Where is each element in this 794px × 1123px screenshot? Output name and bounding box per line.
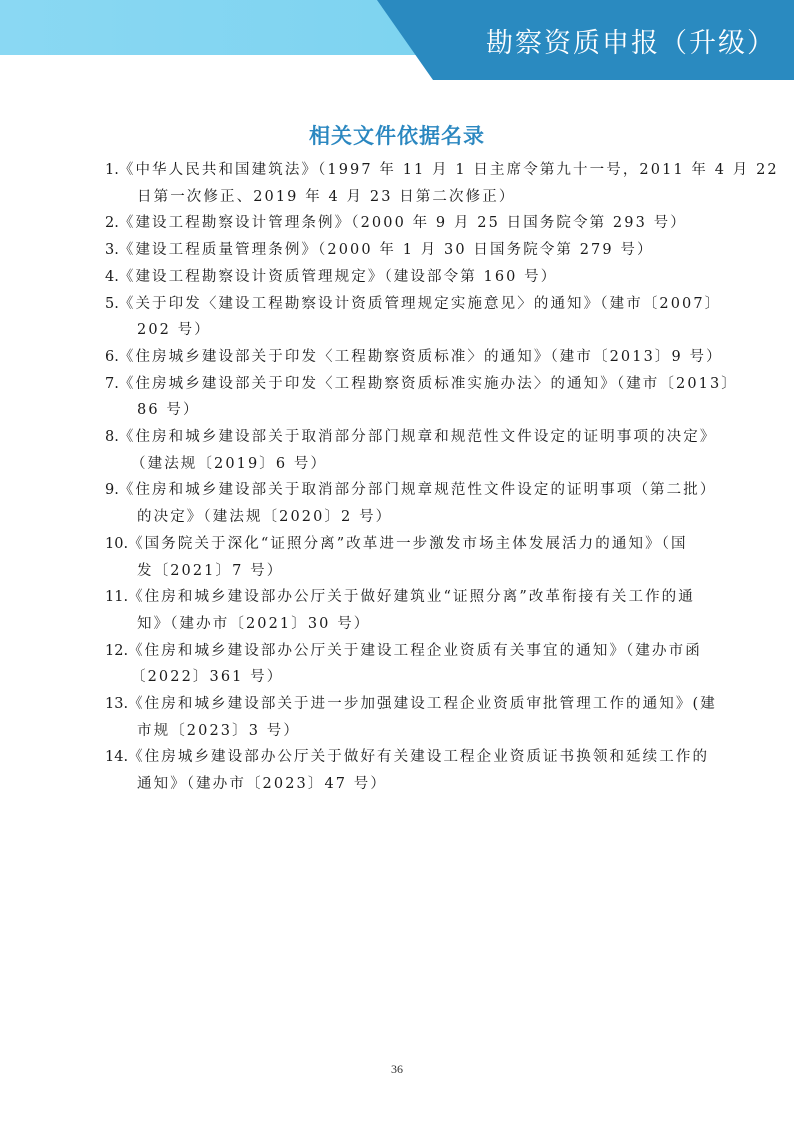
reference-line: 9.《住房和城乡建设部关于取消部分部门规章规范性文件设定的证明事项（第二批） (105, 477, 689, 504)
reference-line: 2.《建设工程勘察设计管理条例》（2000 年 9 月 25 日国务院令第 29… (105, 210, 689, 237)
reference-item: 3.《建设工程质量管理条例》（2000 年 1 月 30 日国务院令第 279 … (105, 237, 689, 264)
reference-text: 《建设工程勘察设计管理条例》（2000 年 9 月 25 日国务院令第 293 … (119, 215, 687, 231)
reference-text: 《住房城乡建设部办公厅关于做好有关建设工程企业资质证书换领和延续工作的 (128, 749, 709, 765)
reference-line: 8.《住房和城乡建设部关于取消部分部门规章和规范性文件设定的证明事项的决定》 (105, 424, 689, 451)
reference-continuation: 〔2022〕361 号） (105, 664, 689, 691)
reference-number: 10. (105, 536, 128, 552)
reference-continuation: 市规〔2023〕3 号） (105, 718, 689, 745)
reference-continuation: 知》（建办市〔2021〕30 号） (105, 611, 689, 638)
reference-item: 4.《建设工程勘察设计资质管理规定》（建设部令第 160 号） (105, 264, 689, 291)
reference-text: 《建设工程质量管理条例》（2000 年 1 月 30 日国务院令第 279 号） (119, 242, 654, 258)
reference-line: 5.《关于印发〈建设工程勘察设计资质管理规定实施意见〉的通知》（建市〔2007〕 (105, 291, 689, 318)
reference-number: 4. (105, 269, 119, 285)
reference-text: 《住房和城乡建设部办公厅关于做好建筑业“证照分离”改革衔接有关工作的通 (128, 589, 695, 605)
reference-item: 14.《住房城乡建设部办公厅关于做好有关建设工程企业资质证书换领和延续工作的 通… (105, 744, 689, 797)
reference-continuation: 86 号） (105, 397, 689, 424)
reference-item: 6.《住房城乡建设部关于印发〈工程勘察资质标准〉的通知》（建市〔2013〕9 号… (105, 344, 689, 371)
reference-line: 14.《住房城乡建设部办公厅关于做好有关建设工程企业资质证书换领和延续工作的 (105, 744, 689, 771)
reference-continuation: 202 号） (105, 317, 689, 344)
reference-text: 《国务院关于深化“证照分离”改革进一步激发市场主体发展活力的通知》（国 (128, 536, 688, 552)
reference-text: 《建设工程勘察设计资质管理规定》（建设部令第 160 号） (119, 269, 558, 285)
reference-line: 13.《住房和城乡建设部关于进一步加强建设工程企业资质审批管理工作的通知》(建 (105, 691, 689, 718)
reference-item: 11.《住房和城乡建设部办公厅关于做好建筑业“证照分离”改革衔接有关工作的通 知… (105, 584, 689, 637)
reference-item: 5.《关于印发〈建设工程勘察设计资质管理规定实施意见〉的通知》（建市〔2007〕… (105, 291, 689, 344)
reference-number: 2. (105, 215, 119, 231)
reference-line: 12.《住房和城乡建设部办公厅关于建设工程企业资质有关事宜的通知》（建办市函 (105, 638, 689, 665)
reference-list: 1.《中华人民共和国建筑法》（1997 年 11 月 1 日主席令第九十一号，2… (105, 157, 689, 798)
reference-continuation: 日第一次修正、2019 年 4 月 23 日第二次修正） (105, 184, 689, 211)
reference-item: 9.《住房和城乡建设部关于取消部分部门规章规范性文件设定的证明事项（第二批） 的… (105, 477, 689, 530)
reference-line: 10.《国务院关于深化“证照分离”改革进一步激发市场主体发展活力的通知》（国 (105, 531, 689, 558)
reference-line: 1.《中华人民共和国建筑法》（1997 年 11 月 1 日主席令第九十一号，2… (105, 157, 689, 184)
reference-number: 3. (105, 242, 119, 258)
reference-item: 2.《建设工程勘察设计管理条例》（2000 年 9 月 25 日国务院令第 29… (105, 210, 689, 237)
reference-text: 《住房和城乡建设部关于取消部分部门规章规范性文件设定的证明事项（第二批） (119, 482, 717, 498)
reference-continuation: 发〔2021〕7 号） (105, 558, 689, 585)
reference-line: 7.《住房城乡建设部关于印发〈工程勘察资质标准实施办法〉的通知》（建市〔2013… (105, 371, 689, 398)
reference-line: 6.《住房城乡建设部关于印发〈工程勘察资质标准〉的通知》（建市〔2013〕9 号… (105, 344, 689, 371)
reference-text: 《住房和城乡建设部关于进一步加强建设工程企业资质审批管理工作的通知》(建 (128, 696, 717, 712)
reference-item: 13.《住房和城乡建设部关于进一步加强建设工程企业资质审批管理工作的通知》(建 … (105, 691, 689, 744)
reference-text: 《住房城乡建设部关于印发〈工程勘察资质标准实施办法〉的通知》（建市〔2013〕 (119, 376, 738, 392)
reference-text: 《住房和城乡建设部关于取消部分部门规章和规范性文件设定的证明事项的决定》 (119, 429, 717, 445)
reference-item: 8.《住房和城乡建设部关于取消部分部门规章和规范性文件设定的证明事项的决定》 （… (105, 424, 689, 477)
reference-continuation: （建法规〔2019〕6 号） (105, 451, 689, 478)
reference-number: 9. (105, 482, 119, 498)
reference-text: 《中华人民共和国建筑法》（1997 年 11 月 1 日主席令第九十一号，201… (119, 162, 779, 178)
reference-item: 12.《住房和城乡建设部办公厅关于建设工程企业资质有关事宜的通知》（建办市函 〔… (105, 638, 689, 691)
header-light-band (0, 0, 440, 55)
reference-line: 11.《住房和城乡建设部办公厅关于做好建筑业“证照分离”改革衔接有关工作的通 (105, 584, 689, 611)
reference-continuation: 通知》（建办市〔2023〕47 号） (105, 771, 689, 798)
reference-number: 7. (105, 376, 119, 392)
reference-text: 《住房和城乡建设部办公厅关于建设工程企业资质有关事宜的通知》（建办市函 (128, 643, 702, 659)
reference-number: 12. (105, 643, 128, 659)
reference-number: 11. (105, 589, 128, 605)
document-title: 相关文件依据名录 (0, 120, 794, 150)
reference-item: 1.《中华人民共和国建筑法》（1997 年 11 月 1 日主席令第九十一号，2… (105, 157, 689, 210)
reference-item: 7.《住房城乡建设部关于印发〈工程勘察资质标准实施办法〉的通知》（建市〔2013… (105, 371, 689, 424)
reference-number: 13. (105, 696, 128, 712)
reference-text: 《关于印发〈建设工程勘察设计资质管理规定实施意见〉的通知》（建市〔2007〕 (119, 296, 721, 312)
reference-text: 《住房城乡建设部关于印发〈工程勘察资质标准〉的通知》（建市〔2013〕9 号） (119, 349, 723, 365)
reference-number: 8. (105, 429, 119, 445)
reference-number: 5. (105, 296, 119, 312)
page-number: 36 (0, 1062, 794, 1077)
page-header-banner: 勘察资质申报（升级） (0, 0, 794, 82)
reference-item: 10.《国务院关于深化“证照分离”改革进一步激发市场主体发展活力的通知》（国 发… (105, 531, 689, 584)
header-title: 勘察资质申报（升级） (486, 21, 776, 60)
reference-number: 14. (105, 749, 128, 765)
reference-continuation: 的决定》（建法规〔2020〕2 号） (105, 504, 689, 531)
reference-line: 3.《建设工程质量管理条例》（2000 年 1 月 30 日国务院令第 279 … (105, 237, 689, 264)
reference-line: 4.《建设工程勘察设计资质管理规定》（建设部令第 160 号） (105, 264, 689, 291)
reference-number: 1. (105, 162, 119, 178)
reference-number: 6. (105, 349, 119, 365)
